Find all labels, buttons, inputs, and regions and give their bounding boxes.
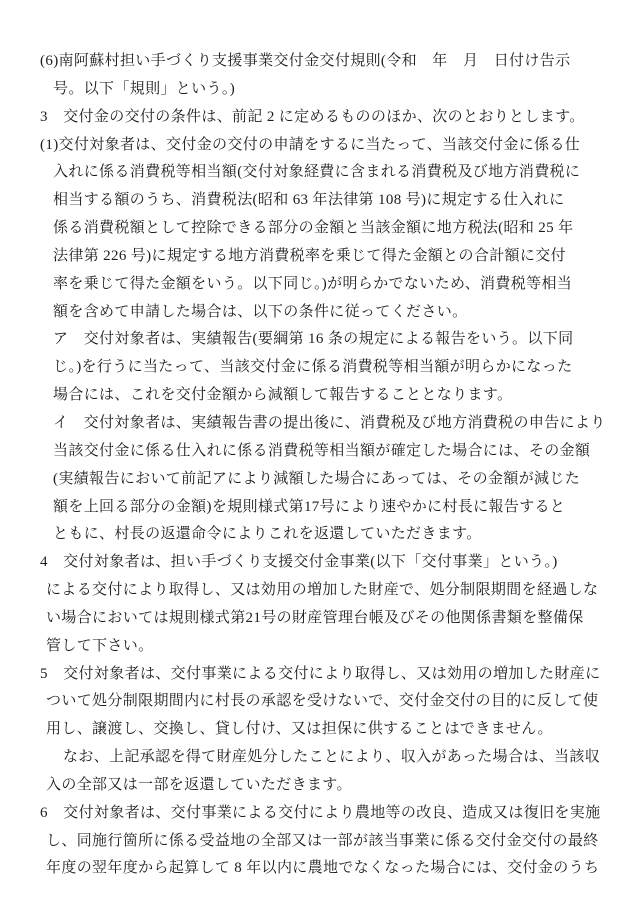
doc-line: ついて処分制限期間内に村長の承認を受けないで、交付金交付の目的に反して使 <box>40 688 605 716</box>
doc-line: (1)交付対象者は、交付金の交付の申請をするに当たって、当該交付金に係る仕 <box>40 132 605 160</box>
doc-line: 額を含めて申請した場合は、以下の条件に従ってください。 <box>40 299 605 327</box>
doc-line: い場合においては規則様式第21号の財産管理台帳及びその他関係書類を整備保 <box>40 605 605 633</box>
doc-line: し、同施行箇所に係る受益地の全部又は一部が該当事業に係る交付金交付の最終 <box>40 828 605 856</box>
doc-line: なお、上記承認を得て財産処分したことにより、収入があった場合は、当該収 <box>40 744 605 772</box>
document-page: (6)南阿蘇村担い手づくり支援事業交付金交付規則(令和 年 月 日付け告示 号。… <box>0 0 630 903</box>
doc-line: 係る消費税額として控除できる部分の金額と当該金額に地方税法(昭和 25 年 <box>40 215 605 243</box>
doc-line: 4 交付対象者は、担い手づくり支援交付金事業(以下「交付事業」という。) <box>40 549 605 577</box>
doc-line: 6 交付対象者は、交付事業による交付により農地等の改良、造成又は復旧を実施 <box>40 800 605 828</box>
doc-line: (6)南阿蘇村担い手づくり支援事業交付金交付規則(令和 年 月 日付け告示 <box>40 48 605 76</box>
doc-line: 額を上回る部分の金額)を規則様式第17号により速やかに村長に報告すると <box>40 494 605 522</box>
doc-line: 入の全部又は一部を返還していただきます。 <box>40 772 605 800</box>
doc-line: 号。以下「規則」という。) <box>40 76 605 104</box>
doc-line: (実績報告において前記アにより減額した場合にあっては、その金額が減じた <box>40 466 605 494</box>
doc-line: 年度の翌年度から起算して 8 年以内に農地でなくなった場合には、交付金のうち <box>40 855 605 883</box>
doc-line: イ 交付対象者は、実績報告書の提出後に、消費税及び地方消費税の申告により <box>40 410 605 438</box>
doc-line: 当該交付金に係る仕入れに係る消費税等相当額が確定した場合には、その金額 <box>40 438 605 466</box>
doc-line: じ。)を行うに当たって、当該交付金に係る消費税等相当額が明らかになった <box>40 354 605 382</box>
doc-line: 入れに係る消費税等相当額(交付対象経費に含まれる消費税及び地方消費税に <box>40 159 605 187</box>
doc-line: 管して下さい。 <box>40 633 605 661</box>
doc-line: 3 交付金の交付の条件は、前記 2 に定めるもののほか、次のとおりとします。 <box>40 104 605 132</box>
doc-line: ともに、村長の返還命令によりこれを返還していただきます。 <box>40 521 605 549</box>
doc-line: 場合には、これを交付金額から減額して報告することとなります。 <box>40 382 605 410</box>
doc-line: 相当する額のうち、消費税法(昭和 63 年法律第 108 号)に規定する仕入れに <box>40 187 605 215</box>
doc-line: 用し、譲渡し、交換し、貸し付け、又は担保に供することはできません。 <box>40 716 605 744</box>
doc-line: 率を乗じて得た金額をいう。以下同じ。)が明らかでないため、消費税等相当 <box>40 271 605 299</box>
doc-line: ア 交付対象者は、実績報告(要綱第 16 条の規定による報告をいう。以下同 <box>40 326 605 354</box>
doc-line: 5 交付対象者は、交付事業による交付により取得し、又は効用の増加した財産に <box>40 661 605 689</box>
doc-line: による交付により取得し、又は効用の増加した財産で、処分制限期間を経過しな <box>40 577 605 605</box>
doc-line: 法律第 226 号)に規定する地方消費税率を乗じて得た金額との合計額に交付 <box>40 243 605 271</box>
